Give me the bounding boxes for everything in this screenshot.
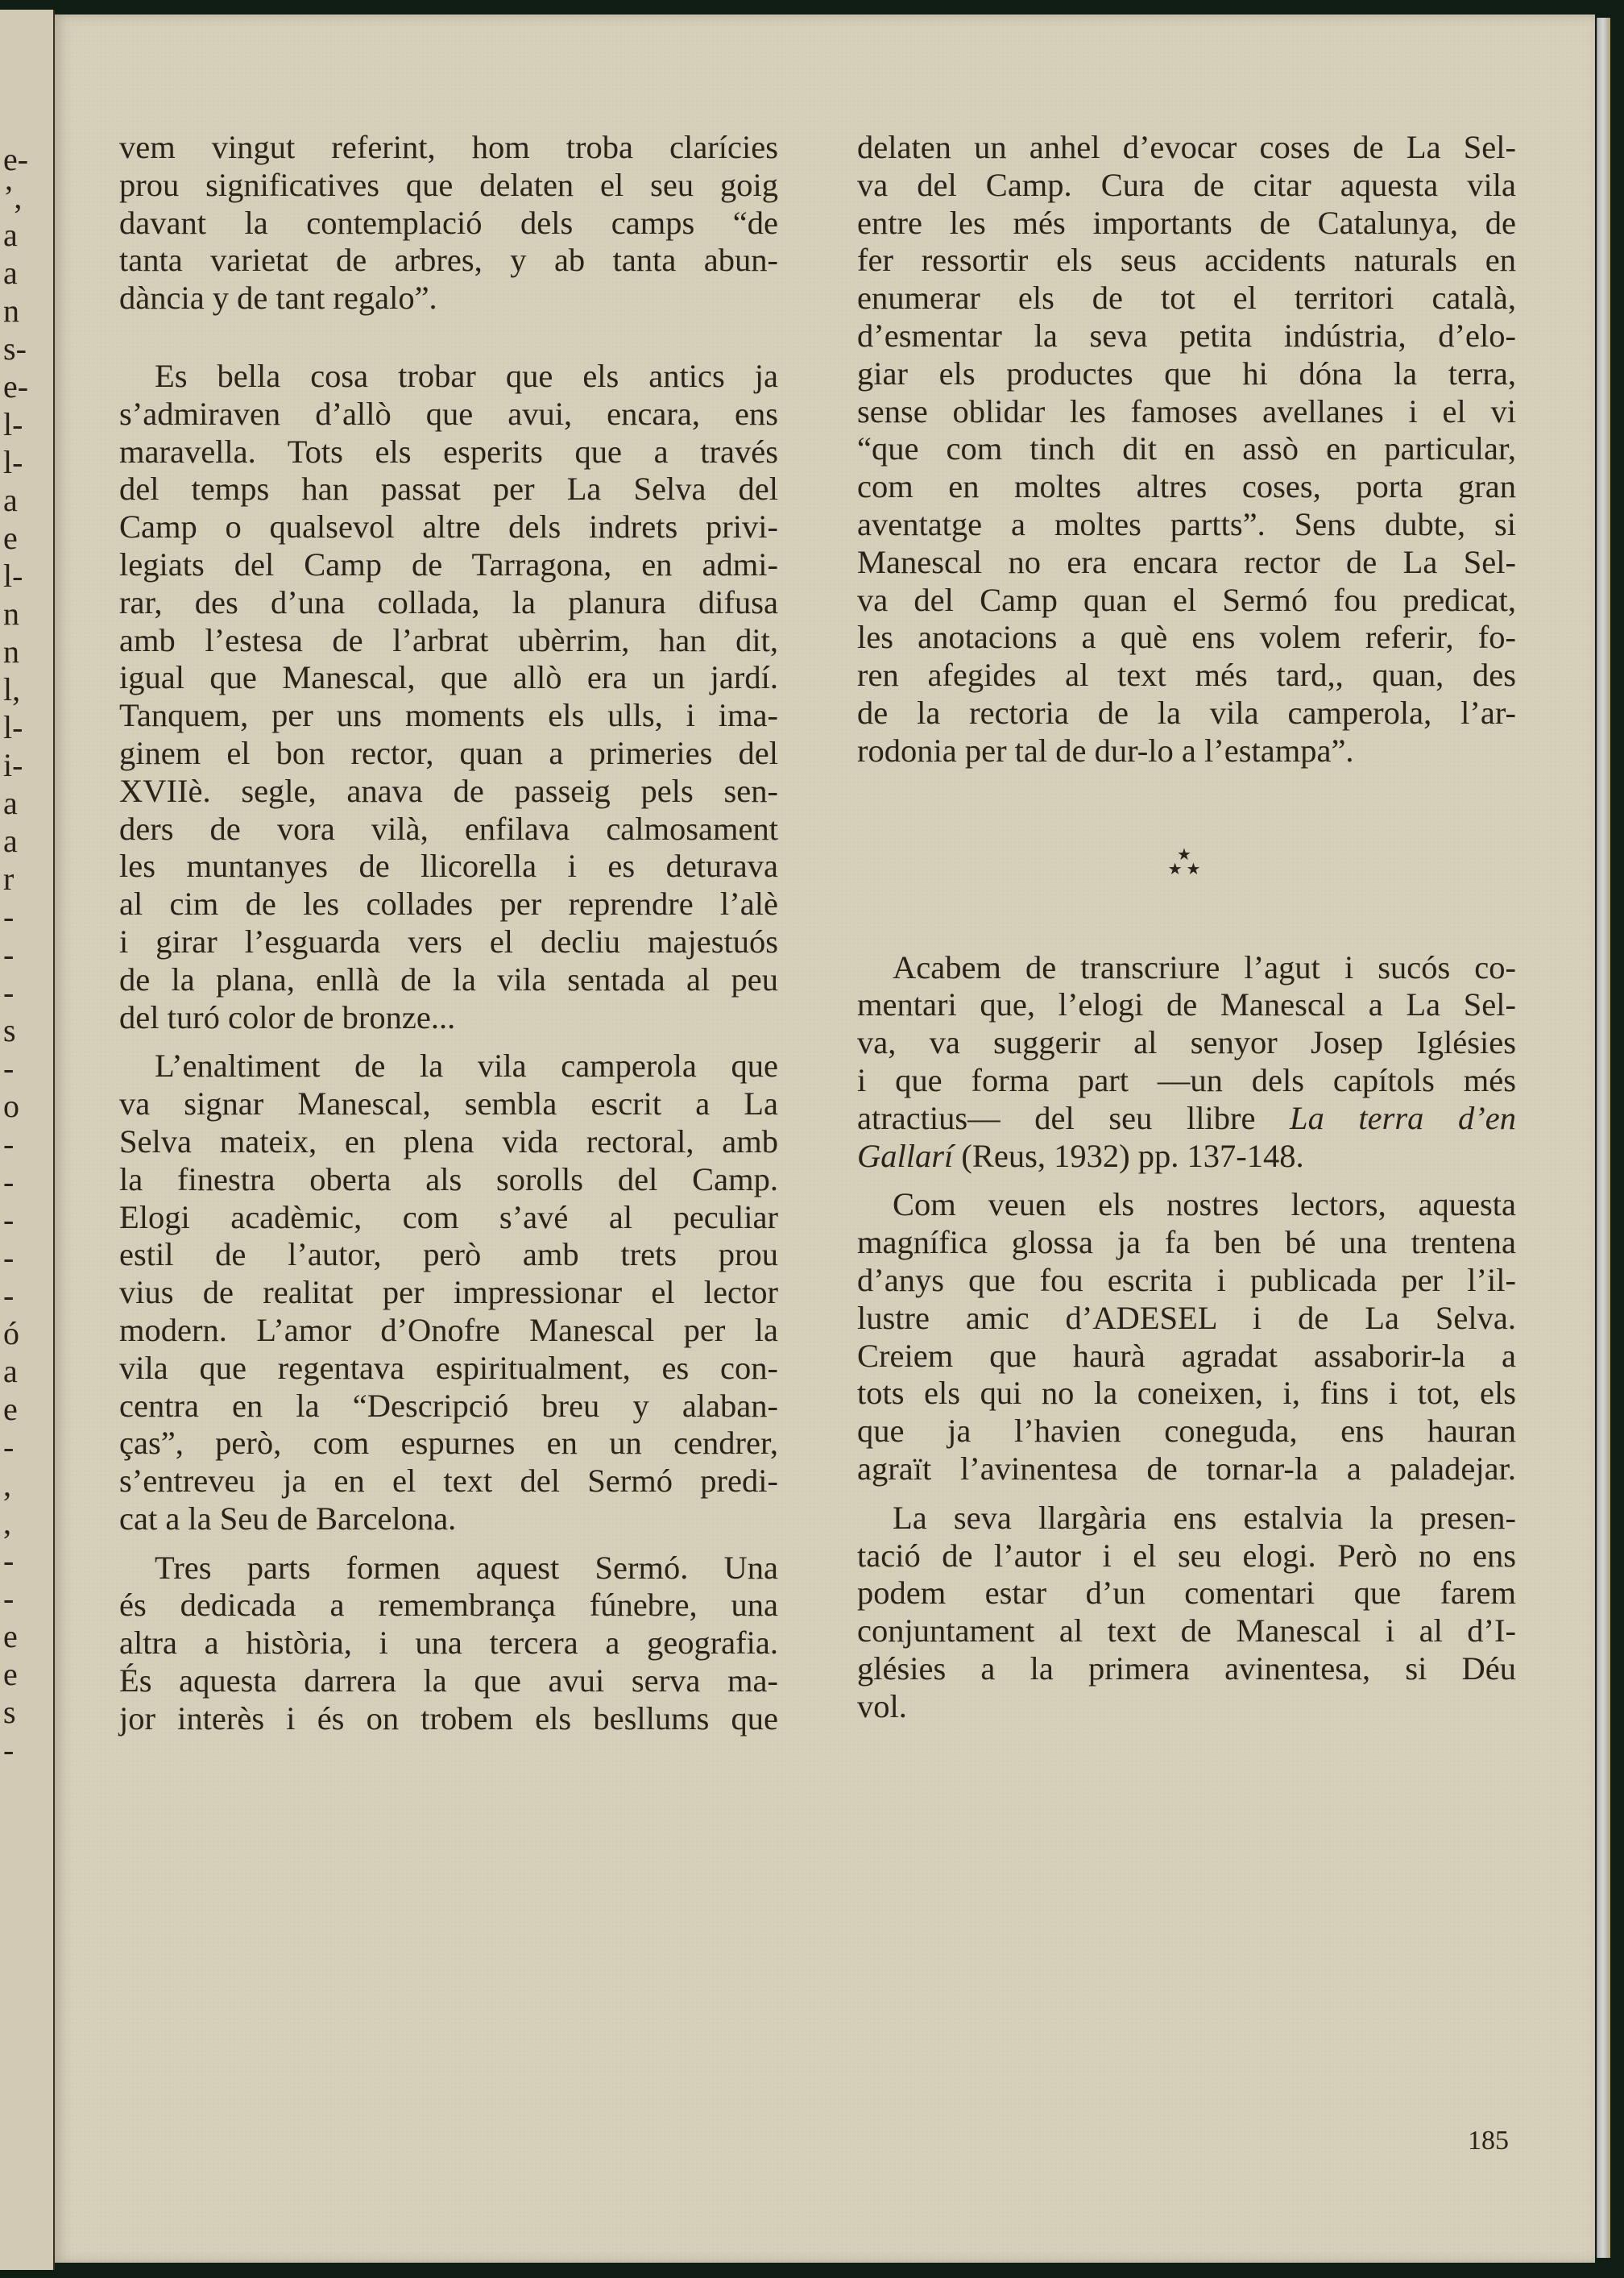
previous-page-text-fragment: a [3, 484, 18, 517]
previous-page-text-fragment: - [3, 1545, 14, 1577]
text-line: Tres parts formen aquest Sermó. Una [119, 1550, 778, 1587]
text-line: ders de vora vilà, enfilava calmosament [119, 811, 778, 849]
previous-page-text-fragment: - [3, 1734, 14, 1766]
previous-page-text-fragment: e [3, 1658, 18, 1691]
text-line: vem vingut referint, hom troba clarícies [119, 129, 778, 167]
text-line: va del Camp quan el Sermó fou predicat, [857, 582, 1516, 620]
previous-page-text-fragment: e [3, 1620, 18, 1653]
text-line: ren afegides al text més tard,, quan, de… [857, 657, 1516, 695]
previous-page-text-fragment: e [3, 522, 18, 554]
previous-page-text-fragment: - [3, 1128, 14, 1160]
previous-page-text-fragment: s- [3, 333, 27, 365]
paragraph: Tres parts formen aquest Sermó. Una és d… [119, 1550, 778, 1738]
text-line: tanta varietat de arbres, y ab tanta abu… [119, 242, 778, 280]
page-stack-edge [1597, 18, 1610, 2258]
previous-page-text-fragment: o [3, 1090, 19, 1122]
paragraph-spacer [857, 1488, 1516, 1500]
text-line: legiats del Camp de Tarragona, en admi- [119, 546, 778, 584]
text-line: i que forma part —un dels capítols més [857, 1062, 1516, 1100]
text-line: La seva llargària ens estalvia la presen… [857, 1500, 1516, 1537]
previous-page-text-fragment: - [3, 1204, 14, 1236]
text-line: estil de l’autor, però amb trets prou [119, 1236, 778, 1274]
text-line: centra en la “Descripció breu y alaban- [119, 1388, 778, 1425]
previous-page-text-fragment: a [3, 219, 18, 251]
text-line: Com veuen els nostres lectors, aquesta [857, 1186, 1516, 1224]
previous-page-text-fragment: ’, [3, 181, 22, 214]
paragraph-spacer [119, 317, 778, 358]
text-line: Selva mateix, en plena vida rectoral, am… [119, 1123, 778, 1161]
text-fragment: (Reus, 1932) pp. 137-148. [953, 1138, 1303, 1174]
previous-page-text-fragment: a [3, 1355, 18, 1388]
text-line: va del Camp. Cura de citar aquesta vila [857, 167, 1516, 205]
text-line: davant la contemplació dels camps “de [119, 205, 778, 243]
previous-page-text-fragment: - [3, 1052, 14, 1085]
text-line: maravella. Tots els esperits que a travé… [119, 434, 778, 471]
text-line: L’enaltiment de la vila camperola que [119, 1048, 778, 1085]
asterism-section-break-icon: ★ ★ ★ [1160, 848, 1208, 888]
previous-page-text-fragment: ó [3, 1317, 19, 1350]
text-line: magnífica glossa ja fa ben bé una trente… [857, 1224, 1516, 1262]
text-line: al cim de les collades per reprendre l’a… [119, 886, 778, 923]
previous-page-text-fragment: r [3, 863, 14, 895]
page-number: 185 [1468, 2126, 1509, 2156]
text-line: glésies a la primera avinentesa, si Déu [857, 1650, 1516, 1688]
previous-page-text-fragment: l- [3, 560, 23, 592]
text-line: Acabem de transcriure l’agut i sucós co- [857, 949, 1516, 987]
text-line: Elogi acadèmic, com s’avé al peculiar [119, 1199, 778, 1237]
book-title: Gallarí [857, 1138, 953, 1174]
text-line: d’anys que fou escrita i publicada per l… [857, 1262, 1516, 1300]
text-line: és dedicada a remembrança fúnebre, una [119, 1587, 778, 1624]
paragraph: vem vingut referint, hom troba clarícies… [119, 129, 778, 317]
previous-page-text-fragment: l- [3, 409, 23, 441]
text-line: les anotacions a què ens volem referir, … [857, 619, 1516, 657]
text-line: rar, des d’una collada, la planura difus… [119, 584, 778, 622]
paragraph: La seva llargària ens estalvia la presen… [857, 1500, 1516, 1726]
text-line: com en moltes altres coses, porta gran [857, 468, 1516, 506]
previous-page-text-fragment: n [3, 598, 19, 630]
text-line: prou significatives que delaten el seu g… [119, 167, 778, 205]
previous-page-text-fragment: - [3, 1583, 14, 1615]
text-line: delaten un anhel d’evocar coses de La Se… [857, 129, 1516, 167]
paragraph-spacer [857, 1175, 1516, 1186]
left-column: vem vingut referint, hom troba clarícies… [119, 129, 778, 1738]
previous-page-text-fragment: a [3, 787, 18, 819]
text-line: altra a història, i una tercera a geogra… [119, 1624, 778, 1662]
text-line: les muntanyes de llicorella i es deturav… [119, 848, 778, 886]
previous-page-text-fragment: a [3, 825, 18, 857]
text-line: ças”, però, com espurnes en un cendrer, [119, 1425, 778, 1463]
text-line: tació de l’autor i el seu elogi. Però no… [857, 1537, 1516, 1575]
paragraph: Com veuen els nostres lectors, aquesta m… [857, 1186, 1516, 1488]
text-line: podem estar d’un comentari que farem [857, 1575, 1516, 1612]
previous-page-text-fragment: e [3, 1393, 18, 1425]
previous-page-text-fragment: e- [3, 371, 28, 403]
text-line: s’entreveu ja en el text del Sermó predi… [119, 1463, 778, 1500]
previous-page-text-fragment: n [3, 636, 19, 668]
previous-page-text-fragment: e- [3, 143, 28, 176]
text-line: Creiem que haurà agradat assaborir-la a [857, 1338, 1516, 1376]
text-line: atractius— del seu llibre La terra d’en [857, 1100, 1516, 1138]
text-line: lustre amic d’ADESEL i de La Selva. [857, 1300, 1516, 1338]
text-line: aventatge a moltes partts”. Sens dubte, … [857, 506, 1516, 544]
text-line: va, va suggerir al senyor Josep Iglésies [857, 1024, 1516, 1062]
text-line: que ja l’havien coneguda, ens hauran [857, 1413, 1516, 1450]
text-line: la finestra oberta als sorolls del Camp. [119, 1161, 778, 1199]
text-line: i girar l’esguarda vers el decliu majest… [119, 923, 778, 961]
text-line: vol. [857, 1688, 1516, 1726]
text-line: agraït l’avinentesa de tornar-la a palad… [857, 1450, 1516, 1488]
paragraph: Es bella cosa trobar que els antics ja s… [119, 358, 778, 1036]
previous-page-text-fragment: - [3, 1431, 14, 1463]
text-line: dància y de tant regalo”. [119, 280, 778, 317]
previous-page-edge: e-’,aans-e-l-l-ael-nnl,l-i-aar---s-o----… [0, 10, 55, 2270]
text-line: Manescal no era encara rector de La Sel- [857, 544, 1516, 582]
text-line: de la plana, enllà de la vila sentada al… [119, 961, 778, 999]
text-line: Gallarí (Reus, 1932) pp. 137-148. [857, 1138, 1516, 1176]
paragraph-spacer [119, 1538, 778, 1550]
previous-page-text-fragment: i- [3, 749, 23, 782]
text-line: cat a la Seu de Barcelona. [119, 1500, 778, 1538]
paragraph: L’enaltiment de la vila camperola que va… [119, 1048, 778, 1537]
text-line: Tanquem, per uns moments els ulls, i ima… [119, 697, 778, 735]
text-line: rodonia per tal de dur-lo a l’estampa”. [857, 732, 1516, 770]
text-line: amb l’estesa de l’arbrat ubèrrim, han di… [119, 622, 778, 660]
previous-page-text-fragment: s [3, 1015, 16, 1047]
text-line: És aquesta darrera la que avui serva ma- [119, 1662, 778, 1700]
text-fragment: atractius— del seu llibre [857, 1100, 1290, 1136]
text-line: “que com tinch dit en assò en particular… [857, 430, 1516, 468]
text-line: modern. L’amor d’Onofre Manescal per la [119, 1312, 778, 1350]
text-line: ginem el bon rector, quan a primeries de… [119, 735, 778, 773]
paragraph: delaten un anhel d’evocar coses de La Se… [857, 129, 1516, 770]
text-line: entre les més importants de Catalunya, d… [857, 205, 1516, 243]
right-column: delaten un anhel d’evocar coses de La Se… [857, 129, 1516, 1725]
text-line: Es bella cosa trobar que els antics ja [119, 358, 778, 396]
text-line: igual que Manescal, que allò era un jard… [119, 659, 778, 697]
text-line: del turó color de bronze... [119, 999, 778, 1037]
text-line: vila que regentava espiritualment, es co… [119, 1350, 778, 1388]
text-line: del temps han passat per La Selva del [119, 471, 778, 508]
previous-page-text-fragment: - [3, 901, 14, 933]
previous-page-text-fragment: l, [3, 674, 20, 706]
previous-page-text-fragment: - [3, 939, 14, 971]
paragraph-spacer [119, 1036, 778, 1048]
star-icon: ★ ★ [1160, 862, 1208, 877]
text-line: XVIIè. segle, anava de passeig pels sen- [119, 773, 778, 811]
text-line: fer ressortir els seus accidents natural… [857, 242, 1516, 280]
text-line: va signar Manescal, sembla escrit a La [119, 1085, 778, 1123]
previous-page-text-fragment: l- [3, 446, 23, 479]
text-line: de la rectoria de la vila camperola, l’a… [857, 695, 1516, 732]
previous-page-text-fragment: - [3, 977, 14, 1009]
paragraph: Acabem de transcriure l’agut i sucós co-… [857, 949, 1516, 1176]
text-line: tots els qui no la coneixen, i, fins i t… [857, 1375, 1516, 1413]
previous-page-text-fragment: a [3, 257, 18, 289]
previous-page-text-fragment: - [3, 1242, 14, 1274]
previous-page-text-fragment: l- [3, 712, 23, 744]
previous-page-text-fragment: , [3, 1469, 11, 1501]
text-line: sense oblidar les famoses avellanes i el… [857, 393, 1516, 431]
previous-page-text-fragment: - [3, 1280, 14, 1312]
text-line: conjuntament al text de Manescal i al d’… [857, 1612, 1516, 1650]
previous-page-text-fragment: , [3, 1507, 11, 1539]
text-line: vius de realitat per impressionar el lec… [119, 1274, 778, 1312]
previous-page-text-fragment: n [3, 295, 19, 327]
text-line: mentari que, l’elogi de Manescal a La Se… [857, 986, 1516, 1024]
text-line: d’esmentar la seva petita indústria, d’e… [857, 317, 1516, 355]
text-line: enumerar els de tot el territori català, [857, 280, 1516, 317]
text-line: Camp o qualsevol altre dels indrets priv… [119, 508, 778, 546]
previous-page-text-fragment: - [3, 1166, 14, 1198]
text-line: s’admiraven d’allò que avui, encara, ens [119, 396, 778, 434]
text-line: jor interès i és on trobem els besllums … [119, 1700, 778, 1738]
book-title: La terra d’en [1290, 1100, 1516, 1136]
text-line: giar els productes que hi dóna la terra, [857, 355, 1516, 393]
previous-page-text-fragment: s [3, 1696, 16, 1728]
